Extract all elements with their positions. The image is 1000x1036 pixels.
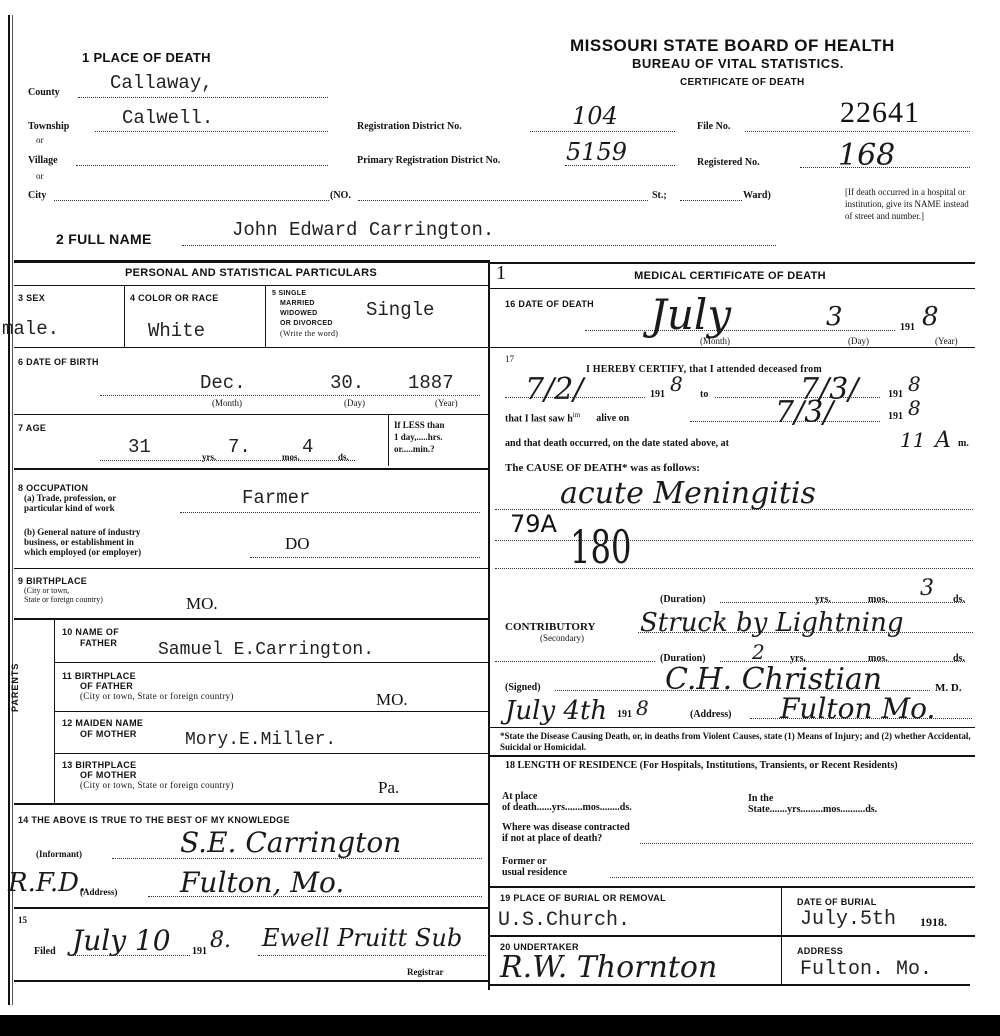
attended-from-date: 7/2/ xyxy=(525,372,583,407)
former-residence-line xyxy=(610,877,973,878)
residence-label: 18 LENGTH OF RESIDENCE (For Hospitals, I… xyxy=(505,760,975,772)
medical-rule-4 xyxy=(490,886,975,888)
township-value: Calwell. xyxy=(122,107,213,129)
less-than-line-3: or.....min.? xyxy=(394,443,445,455)
in-state-line-2: State.......yrs.........mos..........ds. xyxy=(748,804,877,815)
dob-year-caption: (Year) xyxy=(435,398,458,408)
occupation-b-line-1: (b) General nature of industry xyxy=(24,527,141,537)
burial-value: U.S.Church. xyxy=(498,909,630,932)
mother-birthplace-label-1: 13 BIRTHPLACE xyxy=(62,760,234,770)
alive-on: alive on xyxy=(580,413,629,424)
marital-option-widowed: WIDOWED xyxy=(272,309,338,319)
or-1: or xyxy=(36,135,44,145)
cause-duration-label: (Duration) xyxy=(660,594,706,605)
full-name-line xyxy=(182,245,776,246)
dob-label: 6 DATE OF BIRTH xyxy=(18,357,99,367)
registration-district-label: Registration District No. xyxy=(357,121,462,132)
bottom-rule-left xyxy=(14,980,488,982)
address-prefix: R.F.D. xyxy=(8,868,86,898)
former-residence-block: Former or usual residence xyxy=(502,856,567,878)
attended-from-line xyxy=(505,397,645,398)
place-of-death-heading: 1 PLACE OF DEATH xyxy=(82,50,211,65)
township-line xyxy=(95,131,328,132)
father-name-label: 10 NAME OF FATHER xyxy=(62,627,119,649)
left-border-inner xyxy=(12,15,13,1005)
medical-heading: MEDICAL CERTIFICATE OF DEATH xyxy=(505,270,955,282)
primary-registration-label: Primary Registration District No. xyxy=(357,155,500,166)
father-birthplace-label-1: 11 BIRTHPLACE xyxy=(62,671,234,681)
race-label: 4 COLOR OR RACE xyxy=(130,293,219,303)
medical-rule-2 xyxy=(490,727,975,728)
less-than-block: If LESS than 1 day,.....hrs. or.....min.… xyxy=(394,419,445,455)
row-rule-3 xyxy=(14,468,488,470)
cause-duration-line xyxy=(720,602,965,603)
last-saw-date: 7/3/ xyxy=(775,395,833,430)
undertaker-signature: R.W. Thornton xyxy=(500,950,717,985)
informant-address-value: Fulton, Mo. xyxy=(180,866,344,899)
row-rule-4 xyxy=(14,568,488,569)
filed-date: July 10 xyxy=(72,924,171,957)
medical-rule-1 xyxy=(490,347,975,348)
medical-heading-rule xyxy=(490,288,975,289)
father-birthplace-label-3: (City or town, State or foreign country) xyxy=(62,691,234,701)
father-name-label-1: 10 NAME OF xyxy=(62,627,119,638)
age-days: 4 xyxy=(302,436,313,458)
sex-race-divider xyxy=(124,285,125,347)
age-months: 7. xyxy=(228,436,251,458)
where-contracted-line xyxy=(640,843,973,844)
full-name-label: 2 FULL NAME xyxy=(56,231,152,247)
signed-year-suffix: 8 xyxy=(636,696,649,720)
certificate-title: CERTIFICATE OF DEATH xyxy=(680,77,805,88)
occurred-text: and that death occurred, on the date sta… xyxy=(505,438,729,449)
bottom-black-band xyxy=(0,1015,1000,1036)
cause-ds-caption: ds. xyxy=(953,594,965,605)
row-rule-2 xyxy=(14,414,488,415)
cause-code-2: 180 xyxy=(570,520,631,574)
cert-number: 17 xyxy=(505,354,514,364)
county-line xyxy=(78,97,328,98)
cause-code-1: 79A xyxy=(510,510,557,538)
dob-day-caption: (Day) xyxy=(344,398,365,408)
registrar-signature: Ewell Pruitt Sub xyxy=(262,924,462,952)
section-top-rule-left xyxy=(14,260,490,263)
age-line xyxy=(100,460,355,461)
ward-line xyxy=(680,200,742,201)
marital-option-single: 5 SINGLE xyxy=(272,289,338,299)
cause-value: acute Meningitis xyxy=(560,476,816,511)
row-rule-8 xyxy=(54,753,488,754)
less-than-line-2: 1 day,.....hrs. xyxy=(394,431,445,443)
dod-year-caption: (Year) xyxy=(935,336,958,346)
in-state-line-1: In the xyxy=(748,793,877,804)
md-label: M. D. xyxy=(935,682,962,694)
informant-address-label: (Address) xyxy=(80,887,117,897)
birthplace-label: 9 BIRTHPLACE xyxy=(18,576,87,586)
cause-duration-days: 3 xyxy=(920,576,934,601)
cause-line-3 xyxy=(495,568,973,569)
father-birthplace-value: MO. xyxy=(376,690,408,710)
death-m-suffix: m. xyxy=(958,438,969,449)
cause-yrs-caption: yrs. xyxy=(815,594,831,605)
left-border xyxy=(8,15,10,1005)
city-label: City xyxy=(28,190,46,201)
undertaker-address-label: ADDRESS xyxy=(797,946,843,956)
from-year-suffix: 8 xyxy=(670,372,683,396)
occupation-label: 8 OCCUPATION xyxy=(18,483,88,493)
signed-year-prefix: 191 xyxy=(617,709,632,720)
signed-date: July 4th xyxy=(505,696,607,726)
in-state-block: In the State.......yrs.........mos......… xyxy=(748,793,877,815)
sign-address-label: (Address) xyxy=(690,709,731,720)
to-year-suffix: 8 xyxy=(908,372,921,396)
mother-name-label-2: OF MOTHER xyxy=(62,729,143,740)
where-contracted-line-2: if not at place of death? xyxy=(502,833,630,844)
filed-line xyxy=(72,955,190,956)
where-contracted-block: Where was disease contracted if not at p… xyxy=(502,822,630,844)
from-year-prefix: 191 xyxy=(650,389,665,400)
dod-day-caption: (Day) xyxy=(848,336,869,346)
filed-label: Filed xyxy=(34,946,56,957)
sign-address-value: Fulton Mo. xyxy=(780,692,935,725)
county-value: Callaway, xyxy=(110,72,213,94)
father-birthplace-label: 11 BIRTHPLACE OF FATHER (City or town, S… xyxy=(62,671,234,701)
father-name-label-2: FATHER xyxy=(62,638,119,649)
medical-rule-5 xyxy=(490,935,975,937)
parents-label: PARENTS xyxy=(10,663,20,712)
to-word: to xyxy=(700,389,708,400)
contributory-value: Struck by Lightning xyxy=(640,608,903,638)
age-label: 7 AGE xyxy=(18,423,46,433)
marital-option-married: MARRIED xyxy=(272,299,338,309)
birthplace-sub-line-1: (City or town, xyxy=(24,586,103,595)
occupation-a-value: Farmer xyxy=(242,487,310,509)
row-rule-7 xyxy=(54,711,488,712)
township-label: Township xyxy=(28,121,69,132)
marital-option-divorced: OR DIVORCED xyxy=(272,319,338,329)
signed-label: (Signed) xyxy=(505,682,541,693)
dob-day: 30. xyxy=(330,372,364,394)
dod-year-prefix: 191 xyxy=(900,322,915,333)
cause-mos-caption: mos. xyxy=(868,594,888,605)
race-marital-divider xyxy=(265,285,266,347)
last-saw-prefix: that I last saw h xyxy=(505,413,573,424)
death-time: 11 xyxy=(900,428,925,452)
primary-registration-value: 5159 xyxy=(566,138,627,166)
mother-birthplace-label: 13 BIRTHPLACE OF MOTHER (City or town, S… xyxy=(62,760,234,790)
dob-year: 1887 xyxy=(408,372,454,394)
cause-line-2 xyxy=(495,540,973,541)
registration-district-value: 104 xyxy=(572,102,618,130)
hospital-note: [If death occurred in a hospital or inst… xyxy=(845,186,973,222)
yrs-caption: yrs. xyxy=(202,452,216,462)
registered-no-value: 168 xyxy=(838,138,895,173)
contrib-ds-caption: ds. xyxy=(953,653,965,664)
occupation-b-line-2: business, or establishment in xyxy=(24,537,141,547)
section-top-rule-right xyxy=(490,262,975,264)
row-rule-1 xyxy=(14,347,488,348)
occupation-b-value: DO xyxy=(285,534,310,554)
ward-label: Ward) xyxy=(743,190,771,201)
burial-date-value: July.5th xyxy=(800,908,896,931)
village-line xyxy=(76,165,328,166)
at-place-line-1: At place xyxy=(502,791,632,802)
informant-label: (Informant) xyxy=(36,849,82,859)
mother-name-value: Mory.E.Miller. xyxy=(185,730,336,750)
father-name-value: Samuel E.Carrington. xyxy=(158,640,374,660)
less-than-line-1: If LESS than xyxy=(394,419,445,431)
at-place-block: At place of death......yrs.......mos....… xyxy=(502,791,632,813)
mother-birthplace-label-2: OF MOTHER xyxy=(62,770,234,780)
st-label: St.; xyxy=(652,190,667,201)
mother-name-label-1: 12 MAIDEN NAME xyxy=(62,718,143,729)
contrib-duration-years: 2 xyxy=(752,640,765,664)
birthplace-value: MO. xyxy=(186,594,218,614)
occupation-a-line-1: (a) Trade, profession, or xyxy=(24,493,116,503)
last-saw-year-prefix: 191 xyxy=(888,411,903,422)
contributory-label: CONTRIBUTORY xyxy=(505,621,595,633)
city-line xyxy=(54,200,329,201)
street-no-label: (NO. xyxy=(330,190,351,201)
marital-value: Single xyxy=(366,299,434,321)
bureau-title: BUREAU OF VITAL STATISTICS. xyxy=(632,56,844,71)
burial-date-label: DATE OF BURIAL xyxy=(797,897,877,907)
certify-text: I HEREBY CERTIFY, that I attended deceas… xyxy=(586,364,822,375)
undertaker-address-value: Fulton. Mo. xyxy=(800,958,932,981)
dob-line xyxy=(100,395,480,396)
contrib-duration-line-left xyxy=(495,661,655,662)
personal-heading-rule xyxy=(14,285,488,286)
sex-value: male. xyxy=(2,318,59,340)
filed-number: 15 xyxy=(18,915,27,925)
marital-labels: 5 SINGLE MARRIED WIDOWED OR DIVORCED (Wr… xyxy=(272,289,338,339)
occupation-b-line xyxy=(250,557,480,558)
bottom-rule-right xyxy=(490,984,970,986)
dod-day: 3 xyxy=(826,302,843,332)
burial-label: 19 PLACE OF BURIAL OR REMOVAL xyxy=(500,893,666,903)
registrar-line xyxy=(258,955,486,956)
occupation-a-line-2: particular kind of work xyxy=(24,503,116,513)
cause-label: The CAUSE OF DEATH* was as follows: xyxy=(505,462,700,474)
race-value: White xyxy=(148,320,205,342)
dod-month: July xyxy=(650,290,731,339)
board-title: MISSOURI STATE BOARD OF HEALTH xyxy=(570,36,895,56)
dob-month-caption: (Month) xyxy=(212,398,242,408)
mother-birthplace-label-3: (City or town, State or foreign country) xyxy=(62,780,234,790)
occupation-a-label: (a) Trade, profession, or particular kin… xyxy=(24,493,116,513)
row-rule-10 xyxy=(14,907,488,909)
file-no-label: File No. xyxy=(697,121,730,132)
file-no-value: 22641 xyxy=(840,96,920,130)
age-less-divider xyxy=(388,414,389,466)
dod-line xyxy=(585,330,895,331)
or-2: or xyxy=(36,171,44,181)
informant-heading: 14 THE ABOVE IS TRUE TO THE BEST OF MY K… xyxy=(18,815,290,825)
row-rule-5 xyxy=(14,618,488,620)
village-label: Village xyxy=(28,155,58,166)
occupation-a-line xyxy=(180,512,480,513)
former-residence-line-1: Former or xyxy=(502,856,567,867)
occupation-b-label: (b) General nature of industry business,… xyxy=(24,527,141,557)
row-rule-9 xyxy=(14,803,488,805)
mos-caption: mos. xyxy=(282,452,300,462)
filed-year-suffix: 8. xyxy=(210,928,231,953)
last-saw-year-suffix: 8 xyxy=(908,396,921,420)
registrar-label: Registrar xyxy=(407,967,443,977)
birthplace-sub: (City or town, State or foreign country) xyxy=(24,586,103,604)
where-contracted-line-1: Where was disease contracted xyxy=(502,822,630,833)
burial-year: 1918. xyxy=(920,915,947,930)
dod-year-suffix: 8 xyxy=(922,302,939,332)
row-rule-6 xyxy=(54,662,488,663)
birthplace-sub-line-2: State or foreign country) xyxy=(24,595,103,604)
occupation-b-line-3: which employed (or employer) xyxy=(24,547,141,557)
father-birthplace-label-2: OF FATHER xyxy=(62,681,234,691)
contributory-line xyxy=(638,632,973,633)
to-year-prefix: 191 xyxy=(888,389,903,400)
ds-caption: ds. xyxy=(338,452,349,462)
at-place-line-2: of death......yrs.......mos........ds. xyxy=(502,802,632,813)
medical-rule-3 xyxy=(490,755,975,757)
dod-month-caption: (Month) xyxy=(700,336,730,346)
marital-instruction: (Write the word) xyxy=(272,329,338,339)
street-line xyxy=(358,200,648,201)
full-name-value: John Edward Carrington. xyxy=(232,219,494,241)
last-saw-text: that I last saw himalive on xyxy=(505,411,629,424)
file-no-line xyxy=(745,131,970,132)
registered-no-label: Registered No. xyxy=(697,157,760,168)
footnote: *State the Disease Causing Death, or, in… xyxy=(500,731,975,753)
mother-name-label: 12 MAIDEN NAME OF MOTHER xyxy=(62,718,143,740)
death-ampm: A xyxy=(935,428,951,453)
sex-label: 3 SEX xyxy=(18,293,45,303)
registration-district-line xyxy=(530,131,675,132)
center-divider xyxy=(488,260,490,990)
dob-month: Dec. xyxy=(200,372,246,394)
informant-signature: S.E. Carrington xyxy=(180,826,401,859)
mother-birthplace-value: Pa. xyxy=(378,778,399,798)
former-residence-line-2: usual residence xyxy=(502,867,567,878)
filed-year-prefix: 191 xyxy=(192,946,207,957)
cause-line-1 xyxy=(495,509,973,510)
personal-heading: PERSONAL AND STATISTICAL PARTICULARS xyxy=(14,267,488,279)
age-years: 31 xyxy=(128,436,151,458)
dod-label: 16 DATE OF DEATH xyxy=(505,299,594,309)
secondary-label: (Secondary) xyxy=(540,633,584,643)
county-label: County xyxy=(28,87,60,98)
